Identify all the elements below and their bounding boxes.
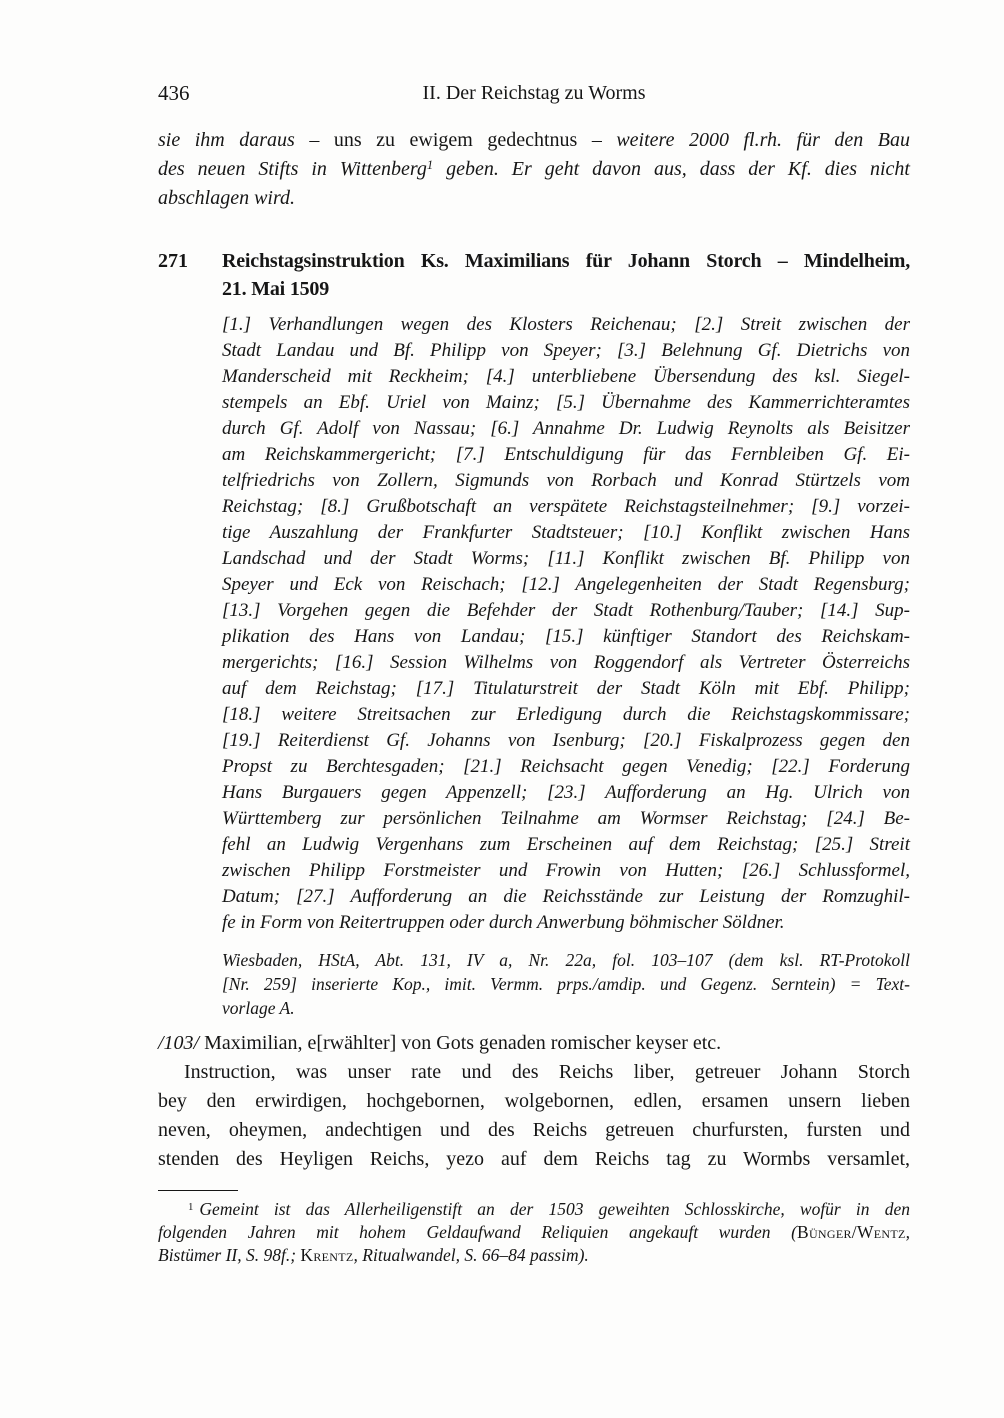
text-segment: Gemeint ist das Allerheiligenstift an de… [199, 1199, 910, 1219]
text-segment: neven, oheymen, andechtigen und des Reic… [158, 1119, 910, 1141]
text-segment: Propst zu Berchtesgaden; [21.] Reichsach… [222, 756, 910, 777]
text-line: neven, oheymen, andechtigen und des Reic… [158, 1116, 910, 1145]
text-line: des neuen Stifts in Wittenberg1 geben. E… [158, 155, 910, 184]
text-segment: , [906, 1222, 910, 1242]
footnote-1: 1Gemeint ist das Allerheiligenstift an d… [158, 1198, 910, 1267]
text-segment: Datum; [27.] Aufforderung an die Reichss… [222, 886, 910, 907]
text-segment: fe in Form von Reitertruppen oder durch … [222, 912, 785, 933]
text-segment: bey den erwirdigen, hochgebornen, wolgeb… [158, 1090, 910, 1112]
text-line: stenden des Heyligen Reichs, yezo auf de… [158, 1145, 910, 1174]
text-segment: plikation des Hans von Landau; [15.] kün… [222, 626, 910, 647]
document-page: 436 II. Der Reichstag zu Worms sie ihm d… [0, 0, 1004, 1418]
text-segment: Wiesbaden, HStA, Abt. 131, IV a, Nr. 22a… [222, 950, 910, 970]
text-line: telfriedrichs von Zollern, Sigmunds von … [222, 468, 910, 494]
text-line: vorlage A. [222, 996, 910, 1020]
text-segment: tige Auszahlung der Frankfurter Stadtste… [222, 522, 910, 543]
text-segment: auf dem Reichstag; [17.] Titulaturstreit… [222, 678, 910, 699]
entry-number: 271 [158, 247, 188, 275]
text-segment: [Nr. 259] inserierte Kop., imit. Vermm. … [222, 974, 910, 994]
text-line: fehl an Ludwig Vergenhans zum Erscheinen… [222, 832, 910, 858]
text-line: Hans Burgauers gegen Appenzell; [23.] Au… [222, 780, 910, 806]
text-segment: Landschad und der Stadt Worms; [11.] Kon… [222, 548, 910, 569]
text-segment: folgenden Jahren mit hohem Geldaufwand R… [158, 1222, 797, 1242]
text-line: Stadt Landau und Bf. Philipp von Speyer;… [222, 338, 910, 364]
page-header: 436 II. Der Reichstag zu Worms [158, 80, 910, 106]
text-segment: abschlagen wird. [158, 187, 295, 209]
text-segment: des neuen Stifts in Wittenberg [158, 158, 427, 180]
text-segment: telfriedrichs von Zollern, Sigmunds von … [222, 470, 910, 491]
text-segment: uns zu ewigem gedechtnus [334, 129, 577, 151]
text-line: Manderscheid mit Reckheim; [4.] unterbli… [222, 364, 910, 390]
running-head: II. Der Reichstag zu Worms [158, 80, 910, 106]
entry-271: 271 Reichstagsinstruktion Ks. Maximilian… [158, 247, 910, 1020]
text-segment: Württemberg zur persönlichen Teilnahme a… [222, 808, 910, 829]
text-line: Wiesbaden, HStA, Abt. 131, IV a, Nr. 22a… [222, 948, 910, 972]
text-segment: am Reichskammergericht; [7.] Entschuldig… [222, 444, 910, 465]
text-segment: geben. Er geht davon aus, dass der Kf. d… [433, 158, 910, 180]
text-line: [13.] Vorgehen gegen die Befehder der St… [222, 598, 910, 624]
text-segment: stenden des Heyligen Reichs, yezo auf de… [158, 1148, 910, 1170]
text-segment: Speyer und Eck von Reischach; [12.] Ange… [222, 574, 910, 595]
text-segment: zwischen Philipp Forstmeister und Frowin… [222, 860, 910, 881]
text-segment: Maximilian, e[rwählter] von Gots genaden… [199, 1032, 721, 1054]
text-line: Speyer und Eck von Reischach; [12.] Ange… [222, 572, 910, 598]
page-number: 436 [158, 80, 190, 106]
text-line: Datum; [27.] Aufforderung an die Reichss… [222, 884, 910, 910]
entry-title: Reichstagsinstruktion Ks. Maximilians fü… [222, 247, 910, 303]
text-segment: [18.] weitere Streitsachen zur Erledigun… [222, 704, 910, 725]
text-line: folgenden Jahren mit hohem Geldaufwand R… [158, 1221, 910, 1244]
text-segment: mergerichts; [16.] Session Wilhelms von … [222, 652, 910, 673]
text-segment: Stadt Landau und Bf. Philipp von Speyer;… [222, 340, 910, 361]
main-text: /103/ Maximilian, e[rwählter] von Gots g… [158, 1029, 910, 1174]
text-segment: fehl an Ludwig Vergenhans zum Erscheinen… [222, 834, 910, 855]
text-line: plikation des Hans von Landau; [15.] kün… [222, 624, 910, 650]
text-line: sie ihm daraus – uns zu ewigem gedechtnu… [158, 126, 910, 155]
text-line: Reichstag; [8.] Grußbotschaft an verspät… [222, 494, 910, 520]
text-line: bey den erwirdigen, hochgebornen, wolgeb… [158, 1087, 910, 1116]
text-line: Württemberg zur persönlichen Teilnahme a… [222, 806, 910, 832]
text-line: abschlagen wird. [158, 184, 910, 213]
text-line: mergerichts; [16.] Session Wilhelms von … [222, 650, 910, 676]
text-line: Instruction, was unser rate und des Reic… [158, 1058, 910, 1087]
text-segment: Bistümer II, S. 98f.; [158, 1245, 300, 1265]
text-segment: Hans Burgauers gegen Appenzell; [23.] Au… [222, 782, 910, 803]
text-segment: 21. Mai 1509 [222, 278, 329, 300]
text-line: Bistümer II, S. 98f.; Krentz, Ritualwand… [158, 1244, 910, 1267]
intro-paragraph: sie ihm daraus – uns zu ewigem gedechtnu… [158, 126, 910, 213]
text-segment: /103/ [158, 1032, 199, 1054]
text-line: tige Auszahlung der Frankfurter Stadtste… [222, 520, 910, 546]
text-segment: [19.] Reiterdienst Gf. Johanns von Isenb… [222, 730, 910, 751]
text-line: 1Gemeint ist das Allerheiligenstift an d… [158, 1198, 910, 1221]
footnote-rule [158, 1190, 238, 1191]
text-segment: vorlage A. [222, 998, 295, 1018]
text-line: Propst zu Berchtesgaden; [21.] Reichsach… [222, 754, 910, 780]
text-segment: 1 [188, 1201, 193, 1213]
text-segment: Reichstag; [8.] Grußbotschaft an verspät… [222, 496, 910, 517]
entry-source-note: Wiesbaden, HStA, Abt. 131, IV a, Nr. 22a… [222, 948, 910, 1020]
text-line: [18.] weitere Streitsachen zur Erledigun… [222, 702, 910, 728]
text-line: am Reichskammergericht; [7.] Entschuldig… [222, 442, 910, 468]
text-segment: Instruction, was unser rate und des Reic… [184, 1061, 910, 1083]
text-segment: [1.] Verhandlungen wegen des Klosters Re… [222, 314, 910, 335]
text-segment: Bünger/Wentz [797, 1222, 906, 1242]
text-line: [Nr. 259] inserierte Kop., imit. Vermm. … [222, 972, 910, 996]
text-line: fe in Form von Reitertruppen oder durch … [222, 910, 910, 936]
entry-summary: [1.] Verhandlungen wegen des Klosters Re… [222, 312, 910, 936]
text-segment: – weitere 2000 fl.rh. für den Bau [577, 129, 910, 151]
text-line: /103/ Maximilian, e[rwählter] von Gots g… [158, 1029, 910, 1058]
footnote-section: 1Gemeint ist das Allerheiligenstift an d… [158, 1190, 910, 1267]
text-segment: stempels an Ebf. Uriel von Mainz; [5.] Ü… [222, 392, 910, 413]
text-line: [1.] Verhandlungen wegen des Klosters Re… [222, 312, 910, 338]
text-segment: Krentz [300, 1245, 353, 1265]
text-line: [19.] Reiterdienst Gf. Johanns von Isenb… [222, 728, 910, 754]
text-segment: Manderscheid mit Reckheim; [4.] unterbli… [222, 366, 910, 387]
text-line: durch Gf. Adolf von Nassau; [6.] Annahme… [222, 416, 910, 442]
text-segment: sie ihm daraus – [158, 129, 334, 151]
text-segment: durch Gf. Adolf von Nassau; [6.] Annahme… [222, 418, 910, 439]
text-segment: [13.] Vorgehen gegen die Befehder der St… [222, 600, 910, 621]
text-line: Landschad und der Stadt Worms; [11.] Kon… [222, 546, 910, 572]
text-line: stempels an Ebf. Uriel von Mainz; [5.] Ü… [222, 390, 910, 416]
text-segment: Reichstagsinstruktion Ks. Maximilians fü… [222, 250, 910, 272]
text-line: auf dem Reichstag; [17.] Titulaturstreit… [222, 676, 910, 702]
entry-body: Reichstagsinstruktion Ks. Maximilians fü… [222, 247, 910, 1020]
text-line: zwischen Philipp Forstmeister und Frowin… [222, 858, 910, 884]
text-segment: , Ritualwandel, S. 66–84 passim). [354, 1245, 589, 1265]
text-line: Reichstagsinstruktion Ks. Maximilians fü… [222, 247, 910, 275]
text-line: 21. Mai 1509 [222, 275, 910, 303]
